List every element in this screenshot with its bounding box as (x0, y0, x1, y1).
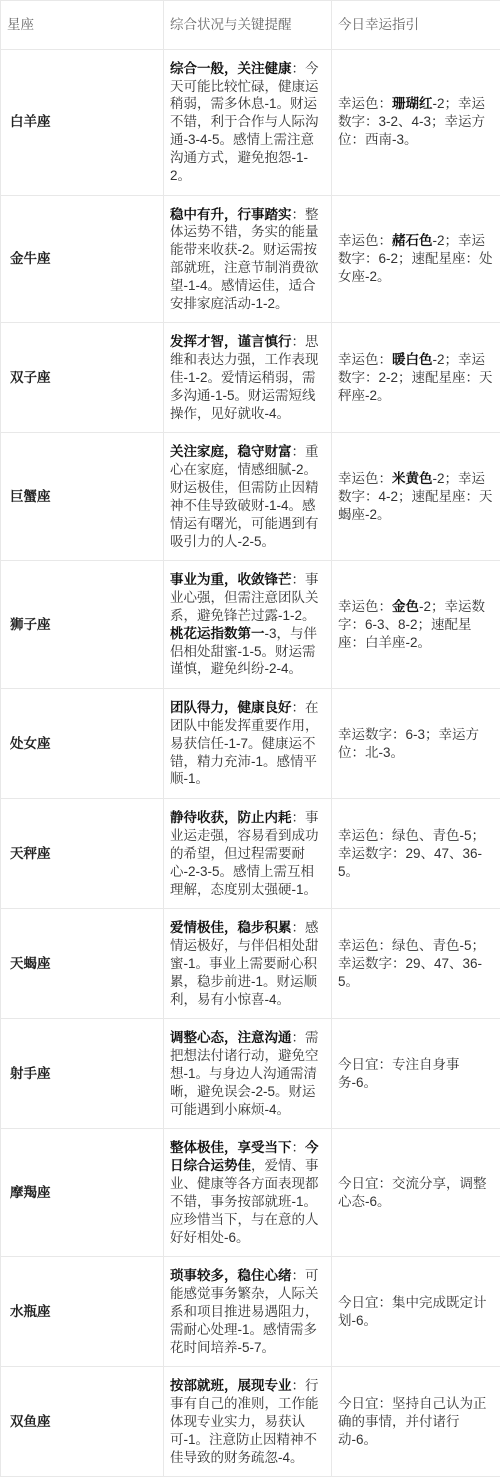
table-row: 处女座团队得力，健康良好：在团队中能发挥重要作用，易获信任-1-7。健康运不错，… (1, 689, 500, 799)
zodiac-sign-name: 狮子座 (1, 561, 164, 689)
body-text: ：今天可能比较忙碌，健康运稍弱，需多休息-1。财运不错，利于合作与人际沟通-3-… (170, 61, 319, 183)
table-row: 天秤座静待收获，防止内耗：事业运走强，容易看到成功的希望，但过程需要耐心-2-3… (1, 799, 500, 909)
emphasized-text: 米黄色 (392, 471, 433, 486)
table-row: 摩羯座整体极佳，享受当下：今日综合运势佳，爱情、事业、健康等各方面表现都不错，事… (1, 1129, 500, 1257)
table-row: 天蝎座爱情极佳，稳步积累：感情运极好，与伴侣相处甜蜜-1。事业上需要耐心积累，稳… (1, 909, 500, 1019)
body-text: 幸运色： (338, 599, 392, 614)
emphasized-text: 事业为重，收敛锋芒 (170, 572, 292, 587)
header-summary-column: 综合状况与关键提醒 (164, 1, 332, 50)
emphasized-text: 暖白色 (392, 352, 433, 367)
zodiac-sign-name: 天秤座 (1, 799, 164, 909)
lucky-guidance-text: 幸运色：暖白色-2；幸运数字：2-2；速配星座：天秤座-2。 (332, 323, 500, 433)
summary-text: 琐事较多，稳住心绪：可能感觉事务繁杂，人际关系和项目推进易遇阻力，需耐心处理-1… (164, 1257, 332, 1367)
summary-text: 按部就班，展现专业：行事有自己的准则，工作能体现专业实力，易获认可-1。注意防止… (164, 1367, 332, 1477)
emphasized-text: 稳中有升，行事踏实 (170, 207, 292, 222)
table-body: 白羊座综合一般，关注健康：今天可能比较忙碌，健康运稍弱，需多休息-1。财运不错，… (1, 49, 500, 1477)
summary-text: 事业为重，收敛锋芒：事业心强，但需注意团队关系，避免锋芒过露-1-2。桃花运指数… (164, 561, 332, 689)
body-text: 今日宜：交流分享，调整心态-6。 (338, 1176, 487, 1209)
header-lucky-column: 今日幸运指引 (332, 1, 500, 50)
zodiac-sign-name: 水瓶座 (1, 1257, 164, 1367)
body-text: ： (292, 1140, 306, 1155)
body-text: 幸运色： (338, 96, 392, 111)
summary-text: 关注家庭，稳守财富：重心在家庭，情感细腻-2。财运极佳，但需防止因精神不佳导致破… (164, 433, 332, 561)
emphasized-text: 金色 (392, 599, 419, 614)
zodiac-sign-name: 射手座 (1, 1019, 164, 1129)
emphasized-text: 静待收获，防止内耗 (170, 810, 292, 825)
lucky-guidance-text: 幸运色：金色-2；幸运数字：6-3、8-2；速配星座：白羊座-2。 (332, 561, 500, 689)
body-text: 幸运色： (338, 233, 392, 248)
lucky-guidance-text: 幸运色：米黄色-2；幸运数字：4-2；速配星座：天蝎座-2。 (332, 433, 500, 561)
emphasized-text: 按部就班，展现专业 (170, 1378, 292, 1393)
emphasized-text: 发挥才智，谨言慎行 (170, 334, 292, 349)
lucky-guidance-text: 今日宜：集中完成既定计划-6。 (332, 1257, 500, 1367)
table-row: 水瓶座琐事较多，稳住心绪：可能感觉事务繁杂，人际关系和项目推进易遇阻力，需耐心处… (1, 1257, 500, 1367)
body-text: 今日宜：专注自身事务-6。 (338, 1057, 460, 1090)
header-row: 星座 综合状况与关键提醒 今日幸运指引 (1, 1, 500, 50)
body-text: 幸运色：绿色、青色-5；幸运数字：29、47、36-5。 (338, 828, 485, 879)
lucky-guidance-text: 今日宜：坚持自己认为正确的事情，并付诸行动-6。 (332, 1367, 500, 1477)
body-text: 今日宜：坚持自己认为正确的事情，并付诸行动-6。 (338, 1396, 487, 1447)
body-text: 幸运色：绿色、青色-5；幸运数字：29、47、36-5。 (338, 938, 485, 989)
summary-text: 整体极佳，享受当下：今日综合运势佳，爱情、事业、健康等各方面表现都不错，事务按部… (164, 1129, 332, 1257)
emphasized-text: 团队得力，健康良好 (170, 700, 292, 715)
summary-text: 爱情极佳，稳步积累：感情运极好，与伴侣相处甜蜜-1。事业上需要耐心积累，稳步前进… (164, 909, 332, 1019)
emphasized-text: 爱情极佳，稳步积累 (170, 920, 292, 935)
lucky-guidance-text: 幸运数字：6-3；幸运方位：北-3。 (332, 689, 500, 799)
body-text: 今日宜：集中完成既定计划-6。 (338, 1295, 487, 1328)
body-text: 幸运色： (338, 352, 392, 367)
summary-text: 发挥才智，谨言慎行：思维和表达力强，工作表现佳-1-2。爱情运稍弱，需多沟通-1… (164, 323, 332, 433)
emphasized-text: 琐事较多，稳住心绪 (170, 1268, 292, 1283)
body-text: ：整体运势不错，务实的能量能带来收获-2。财运需按部就班，注意节制消费欲望-1-… (170, 207, 319, 311)
zodiac-sign-name: 双子座 (1, 323, 164, 433)
emphasized-text: 调整心态，注意沟通 (170, 1030, 292, 1045)
summary-text: 调整心态，注意沟通：需把想法付诸行动，避免空想-1。与身边人沟通需清晰，避免误会… (164, 1019, 332, 1129)
emphasized-text: 桃花运指数第一 (170, 626, 265, 641)
lucky-guidance-text: 幸运色：珊瑚红-2；幸运数字：3-2、4-3；幸运方位：西南-3。 (332, 49, 500, 195)
emphasized-text: 综合一般，关注健康 (170, 61, 292, 76)
zodiac-sign-name: 金牛座 (1, 195, 164, 323)
zodiac-sign-name: 处女座 (1, 689, 164, 799)
summary-text: 综合一般，关注健康：今天可能比较忙碌，健康运稍弱，需多休息-1。财运不错，利于合… (164, 49, 332, 195)
table-row: 狮子座事业为重，收敛锋芒：事业心强，但需注意团队关系，避免锋芒过露-1-2。桃花… (1, 561, 500, 689)
lucky-guidance-text: 幸运色：绿色、青色-5；幸运数字：29、47、36-5。 (332, 799, 500, 909)
table-row: 双子座发挥才智，谨言慎行：思维和表达力强，工作表现佳-1-2。爱情运稍弱，需多沟… (1, 323, 500, 433)
summary-text: 团队得力，健康良好：在团队中能发挥重要作用，易获信任-1-7。健康运不错，精力充… (164, 689, 332, 799)
body-text: 幸运数字：6-3；幸运方位：北-3。 (338, 727, 479, 760)
zodiac-sign-name: 双鱼座 (1, 1367, 164, 1477)
zodiac-sign-name: 巨蟹座 (1, 433, 164, 561)
zodiac-sign-name: 摩羯座 (1, 1129, 164, 1257)
emphasized-text: 珊瑚红 (392, 96, 433, 111)
summary-text: 静待收获，防止内耗：事业运走强，容易看到成功的希望，但过程需要耐心-2-3-5。… (164, 799, 332, 909)
table-row: 射手座调整心态，注意沟通：需把想法付诸行动，避免空想-1。与身边人沟通需清晰，避… (1, 1019, 500, 1129)
zodiac-sign-name: 天蝎座 (1, 909, 164, 1019)
zodiac-sign-name: 白羊座 (1, 49, 164, 195)
table-row: 白羊座综合一般，关注健康：今天可能比较忙碌，健康运稍弱，需多休息-1。财运不错，… (1, 49, 500, 195)
emphasized-text: 赭石色 (392, 233, 433, 248)
summary-text: 稳中有升，行事踏实：整体运势不错，务实的能量能带来收获-2。财运需按部就班，注意… (164, 195, 332, 323)
table-row: 巨蟹座关注家庭，稳守财富：重心在家庭，情感细腻-2。财运极佳，但需防止因精神不佳… (1, 433, 500, 561)
lucky-guidance-text: 今日宜：交流分享，调整心态-6。 (332, 1129, 500, 1257)
table-row: 金牛座稳中有升，行事踏实：整体运势不错，务实的能量能带来收获-2。财运需按部就班… (1, 195, 500, 323)
body-text: 幸运色： (338, 471, 392, 486)
emphasized-text: 关注家庭，稳守财富 (170, 444, 292, 459)
lucky-guidance-text: 幸运色：绿色、青色-5；幸运数字：29、47、36-5。 (332, 909, 500, 1019)
header-sign-column: 星座 (1, 1, 164, 50)
horoscope-table: 星座 综合状况与关键提醒 今日幸运指引 白羊座综合一般，关注健康：今天可能比较忙… (0, 0, 500, 1477)
table-header: 星座 综合状况与关键提醒 今日幸运指引 (1, 1, 500, 50)
body-text: ：重心在家庭，情感细腻-2。财运极佳，但需防止因精神不佳导致破财-1-4。感情运… (170, 444, 319, 548)
table-row: 双鱼座按部就班，展现专业：行事有自己的准则，工作能体现专业实力，易获认可-1。注… (1, 1367, 500, 1477)
lucky-guidance-text: 今日宜：专注自身事务-6。 (332, 1019, 500, 1129)
emphasized-text: 整体极佳，享受当下 (170, 1140, 292, 1155)
lucky-guidance-text: 幸运色：赭石色-2；幸运数字：6-2；速配星座：处女座-2。 (332, 195, 500, 323)
